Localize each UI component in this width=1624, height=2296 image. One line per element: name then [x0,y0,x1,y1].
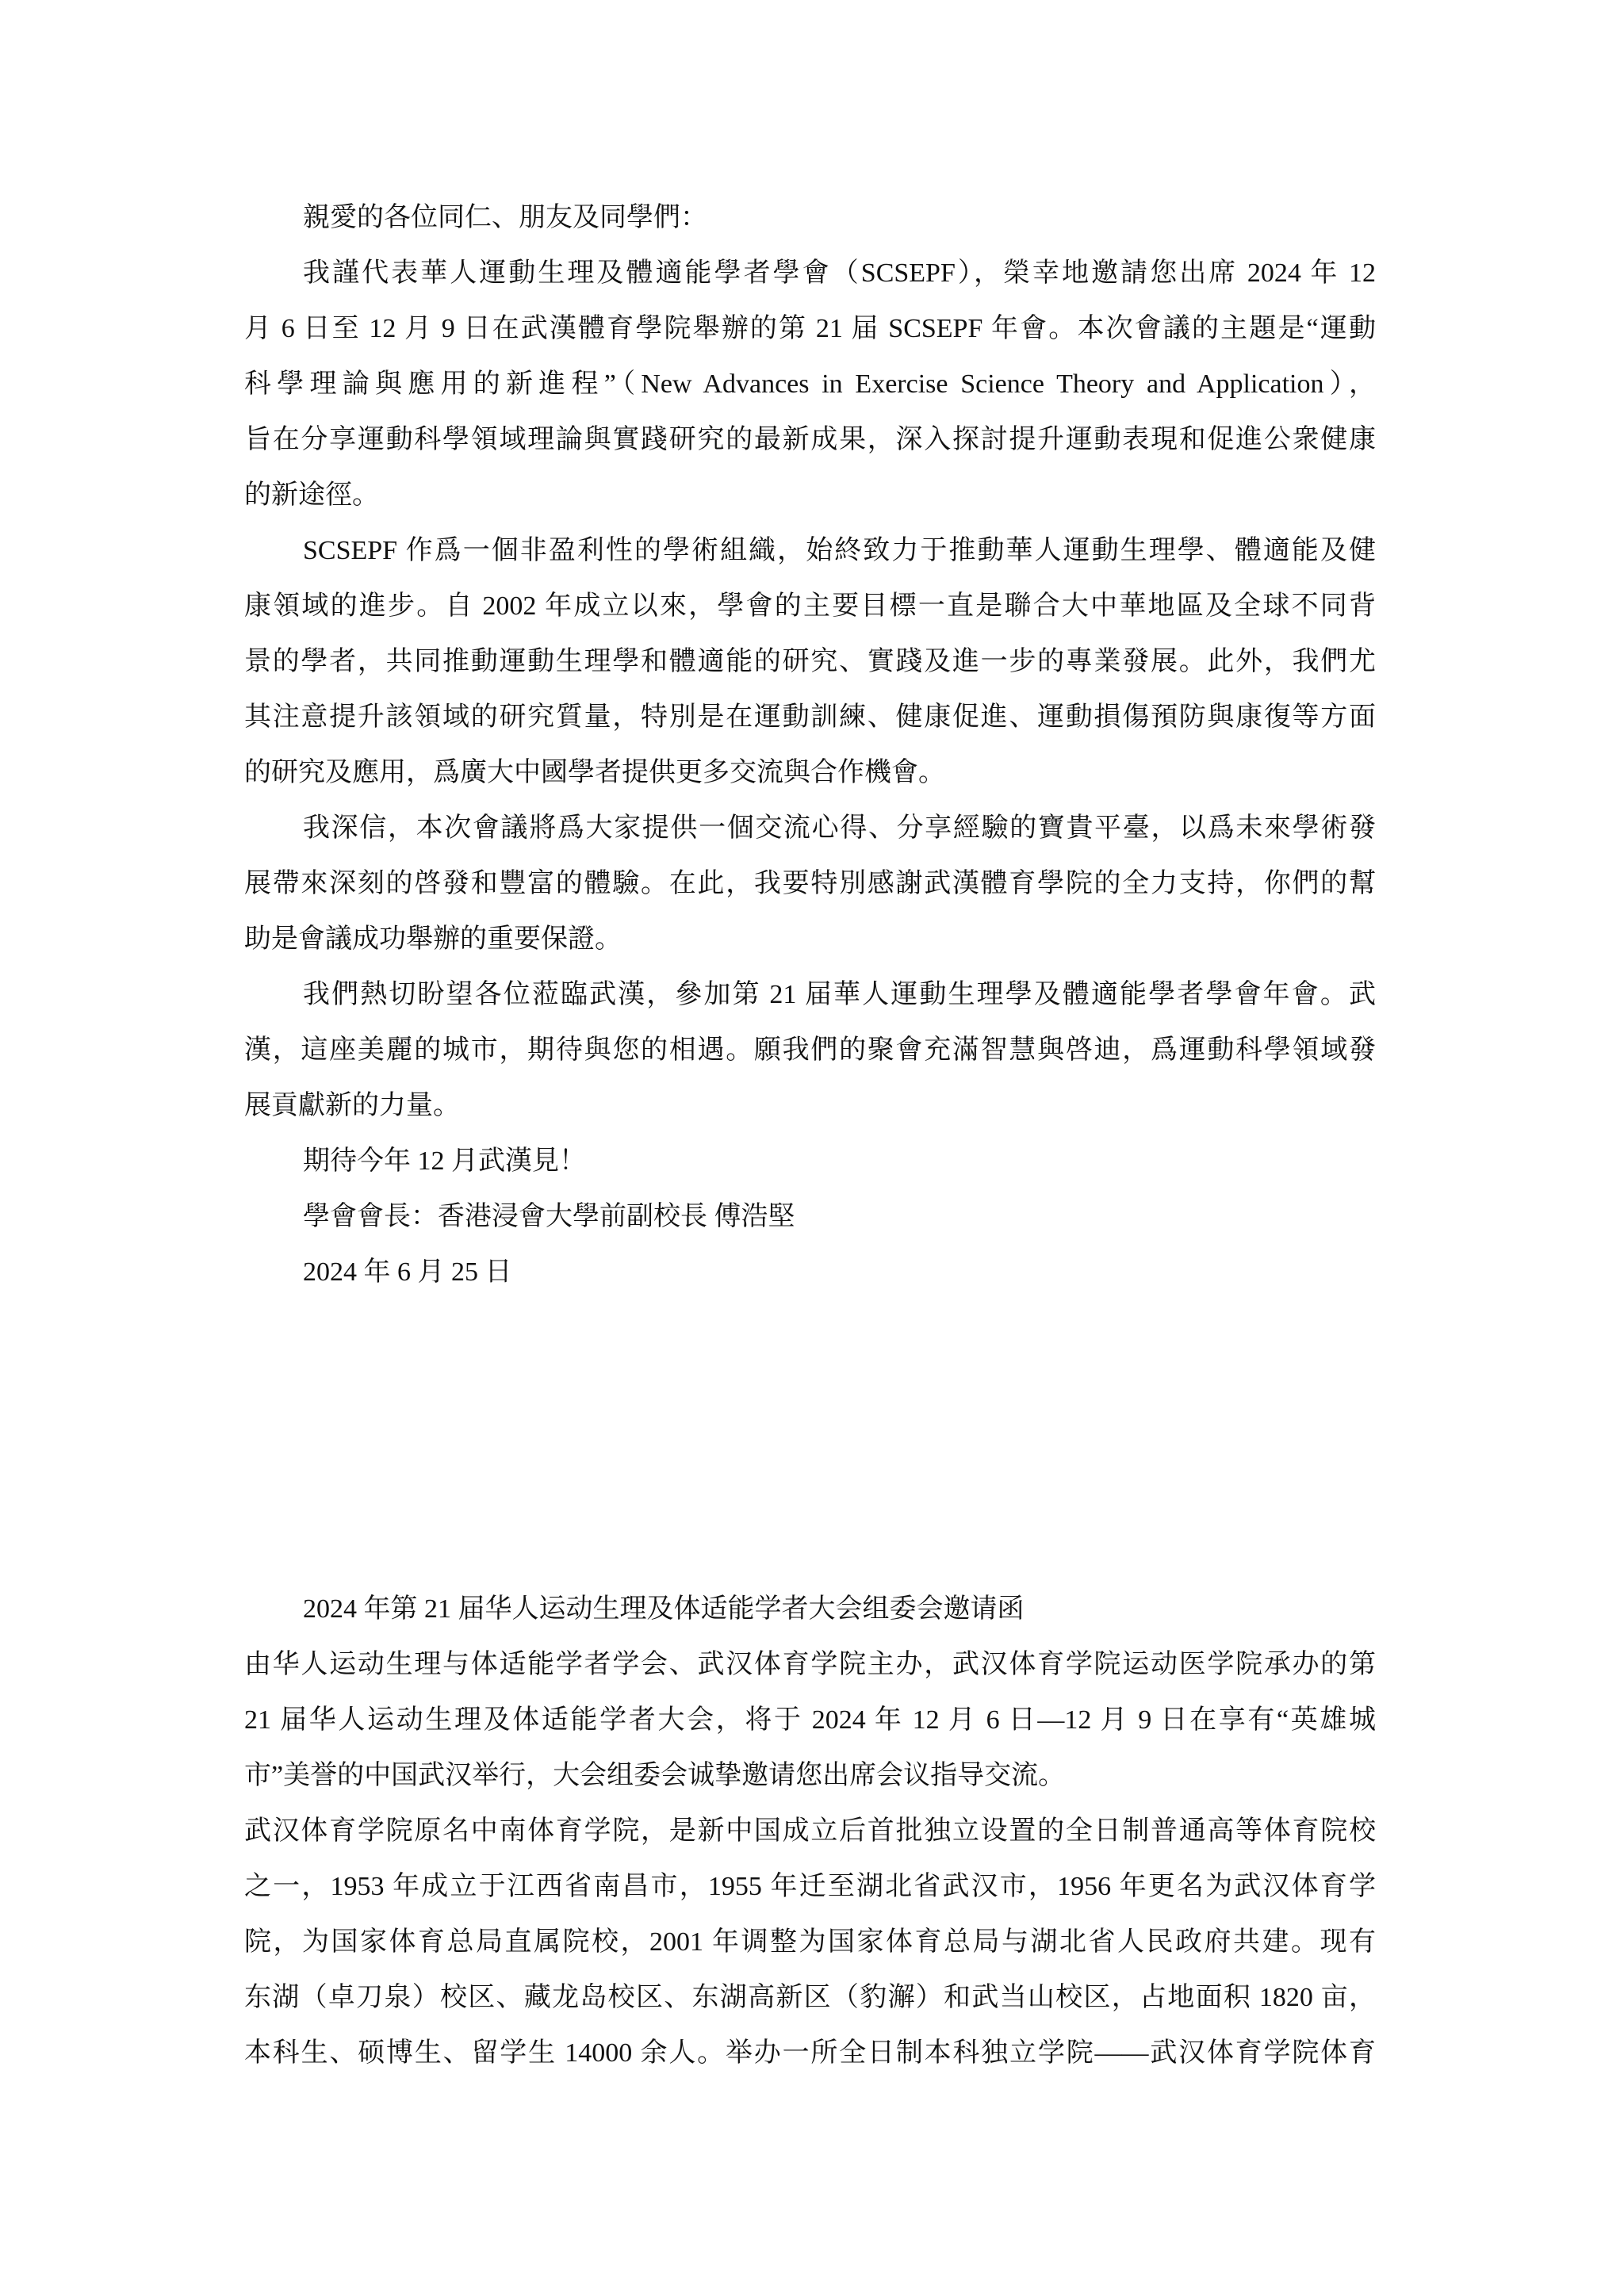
letter-section: 親愛的各位同仁、朋友及同學們： 我謹代表華人運動生理及體適能學者學會（SCSEP… [244,190,1376,1300]
letter-date: 2024 年 6 月 25 日 [244,1245,1376,1300]
invitation-body-line: 之一，1953 年成立于江西省南昌市，1955 年迁至湖北省武汉市，1956 年… [244,1859,1376,1915]
invitation-body-line: 由华人运动生理与体适能学者学会、武汉体育学院主办，武汉体育学院运动医学院承办的第 [244,1637,1376,1693]
letter-body-line: 旨在分享運動科學領域理論與實踐研究的最新成果，深入探討提升運動表現和促進公衆健康 [244,412,1376,468]
invitation-section: 2024 年第 21 届华人运动生理及体适能学者大会组委会邀请函 由华人运动生理… [244,1582,1376,2081]
letter-body-line: 的研究及應用，爲廣大中國學者提供更多交流與合作機會。 [244,745,1376,801]
invitation-body-line: 院，为国家体育总局直属院校，2001 年调整为国家体育总局与湖北省人民政府共建。… [244,1915,1376,1970]
letter-body-line: 我謹代表華人運動生理及體適能學者學會（SCSEPF），榮幸地邀請您出席 2024… [244,246,1376,301]
letter-body-line: 康領域的進步。自 2002 年成立以來，學會的主要目標一直是聯合大中華地區及全球… [244,579,1376,634]
invitation-title: 2024 年第 21 届华人运动生理及体适能学者大会组委会邀请函 [244,1582,1376,1637]
letter-body-line: 其注意提升該領域的研究質量，特別是在運動訓練、健康促進、運動損傷預防與康復等方面 [244,690,1376,745]
letter-body-line: 月 6 日至 12 月 9 日在武漢體育學院舉辦的第 21 届 SCSEPF 年… [244,301,1376,357]
invitation-body-line: 武汉体育学院原名中南体育学院，是新中国成立后首批独立设置的全日制普通高等体育院校 [244,1804,1376,1859]
letter-body-line: 漢，這座美麗的城市，期待與您的相遇。願我們的聚會充滿智慧與啓迪，爲運動科學領域發 [244,1023,1376,1078]
letter-body-line: SCSEPF 作爲一個非盈利性的學術組織，始終致力于推動華人運動生理學、體適能及… [244,523,1376,579]
letter-body-line: 我們熱切盼望各位蒞臨武漢，參加第 21 届華人運動生理學及體適能學者學會年會。武 [244,967,1376,1023]
page-content: 親愛的各位同仁、朋友及同學們： 我謹代表華人運動生理及體適能學者學會（SCSEP… [244,190,1376,2081]
letter-body-line: 助是會議成功舉辦的重要保證。 [244,912,1376,967]
letter-closing-line: 期待今年 12 月武漢見！ [244,1134,1376,1189]
letter-signature: 學會會長：香港浸會大學前副校長 傅浩堅 [244,1189,1376,1245]
document-page: 親愛的各位同仁、朋友及同學們： 我謹代表華人運動生理及體適能學者學會（SCSEP… [0,0,1624,2296]
letter-body-line: 景的學者，共同推動運動生理學和體適能的研究、實踐及進一步的專業發展。此外，我們尤 [244,634,1376,690]
invitation-body-line: 21 届华人运动生理及体适能学者大会，将于 2024 年 12 月 6 日—12… [244,1693,1376,1748]
letter-body-line: 我深信，本次會議將爲大家提供一個交流心得、分享經驗的寶貴平臺，以爲未來學術發 [244,801,1376,856]
letter-salutation: 親愛的各位同仁、朋友及同學們： [244,190,1376,246]
invitation-body-line: 市”美誉的中国武汉举行，大会组委会诚挚邀请您出席会议指导交流。 [244,1748,1376,1804]
invitation-body-line: 本科生、硕博生、留学生 14000 余人。举办一所全日制本科独立学院——武汉体育… [244,2026,1376,2081]
letter-body-line: 展貢獻新的力量。 [244,1078,1376,1134]
letter-body-line: 的新途徑。 [244,468,1376,523]
letter-body-line: 科學理論與應用的新進程”（New Advances in Exercise Sc… [244,357,1376,412]
invitation-body-line: 东湖（卓刀泉）校区、藏龙岛校区、东湖高新区（豹澥）和武当山校区，占地面积 182… [244,1970,1376,2026]
letter-body-line: 展帶來深刻的啓發和豐富的體驗。在此，我要特別感謝武漢體育學院的全力支持，你們的幫 [244,856,1376,912]
